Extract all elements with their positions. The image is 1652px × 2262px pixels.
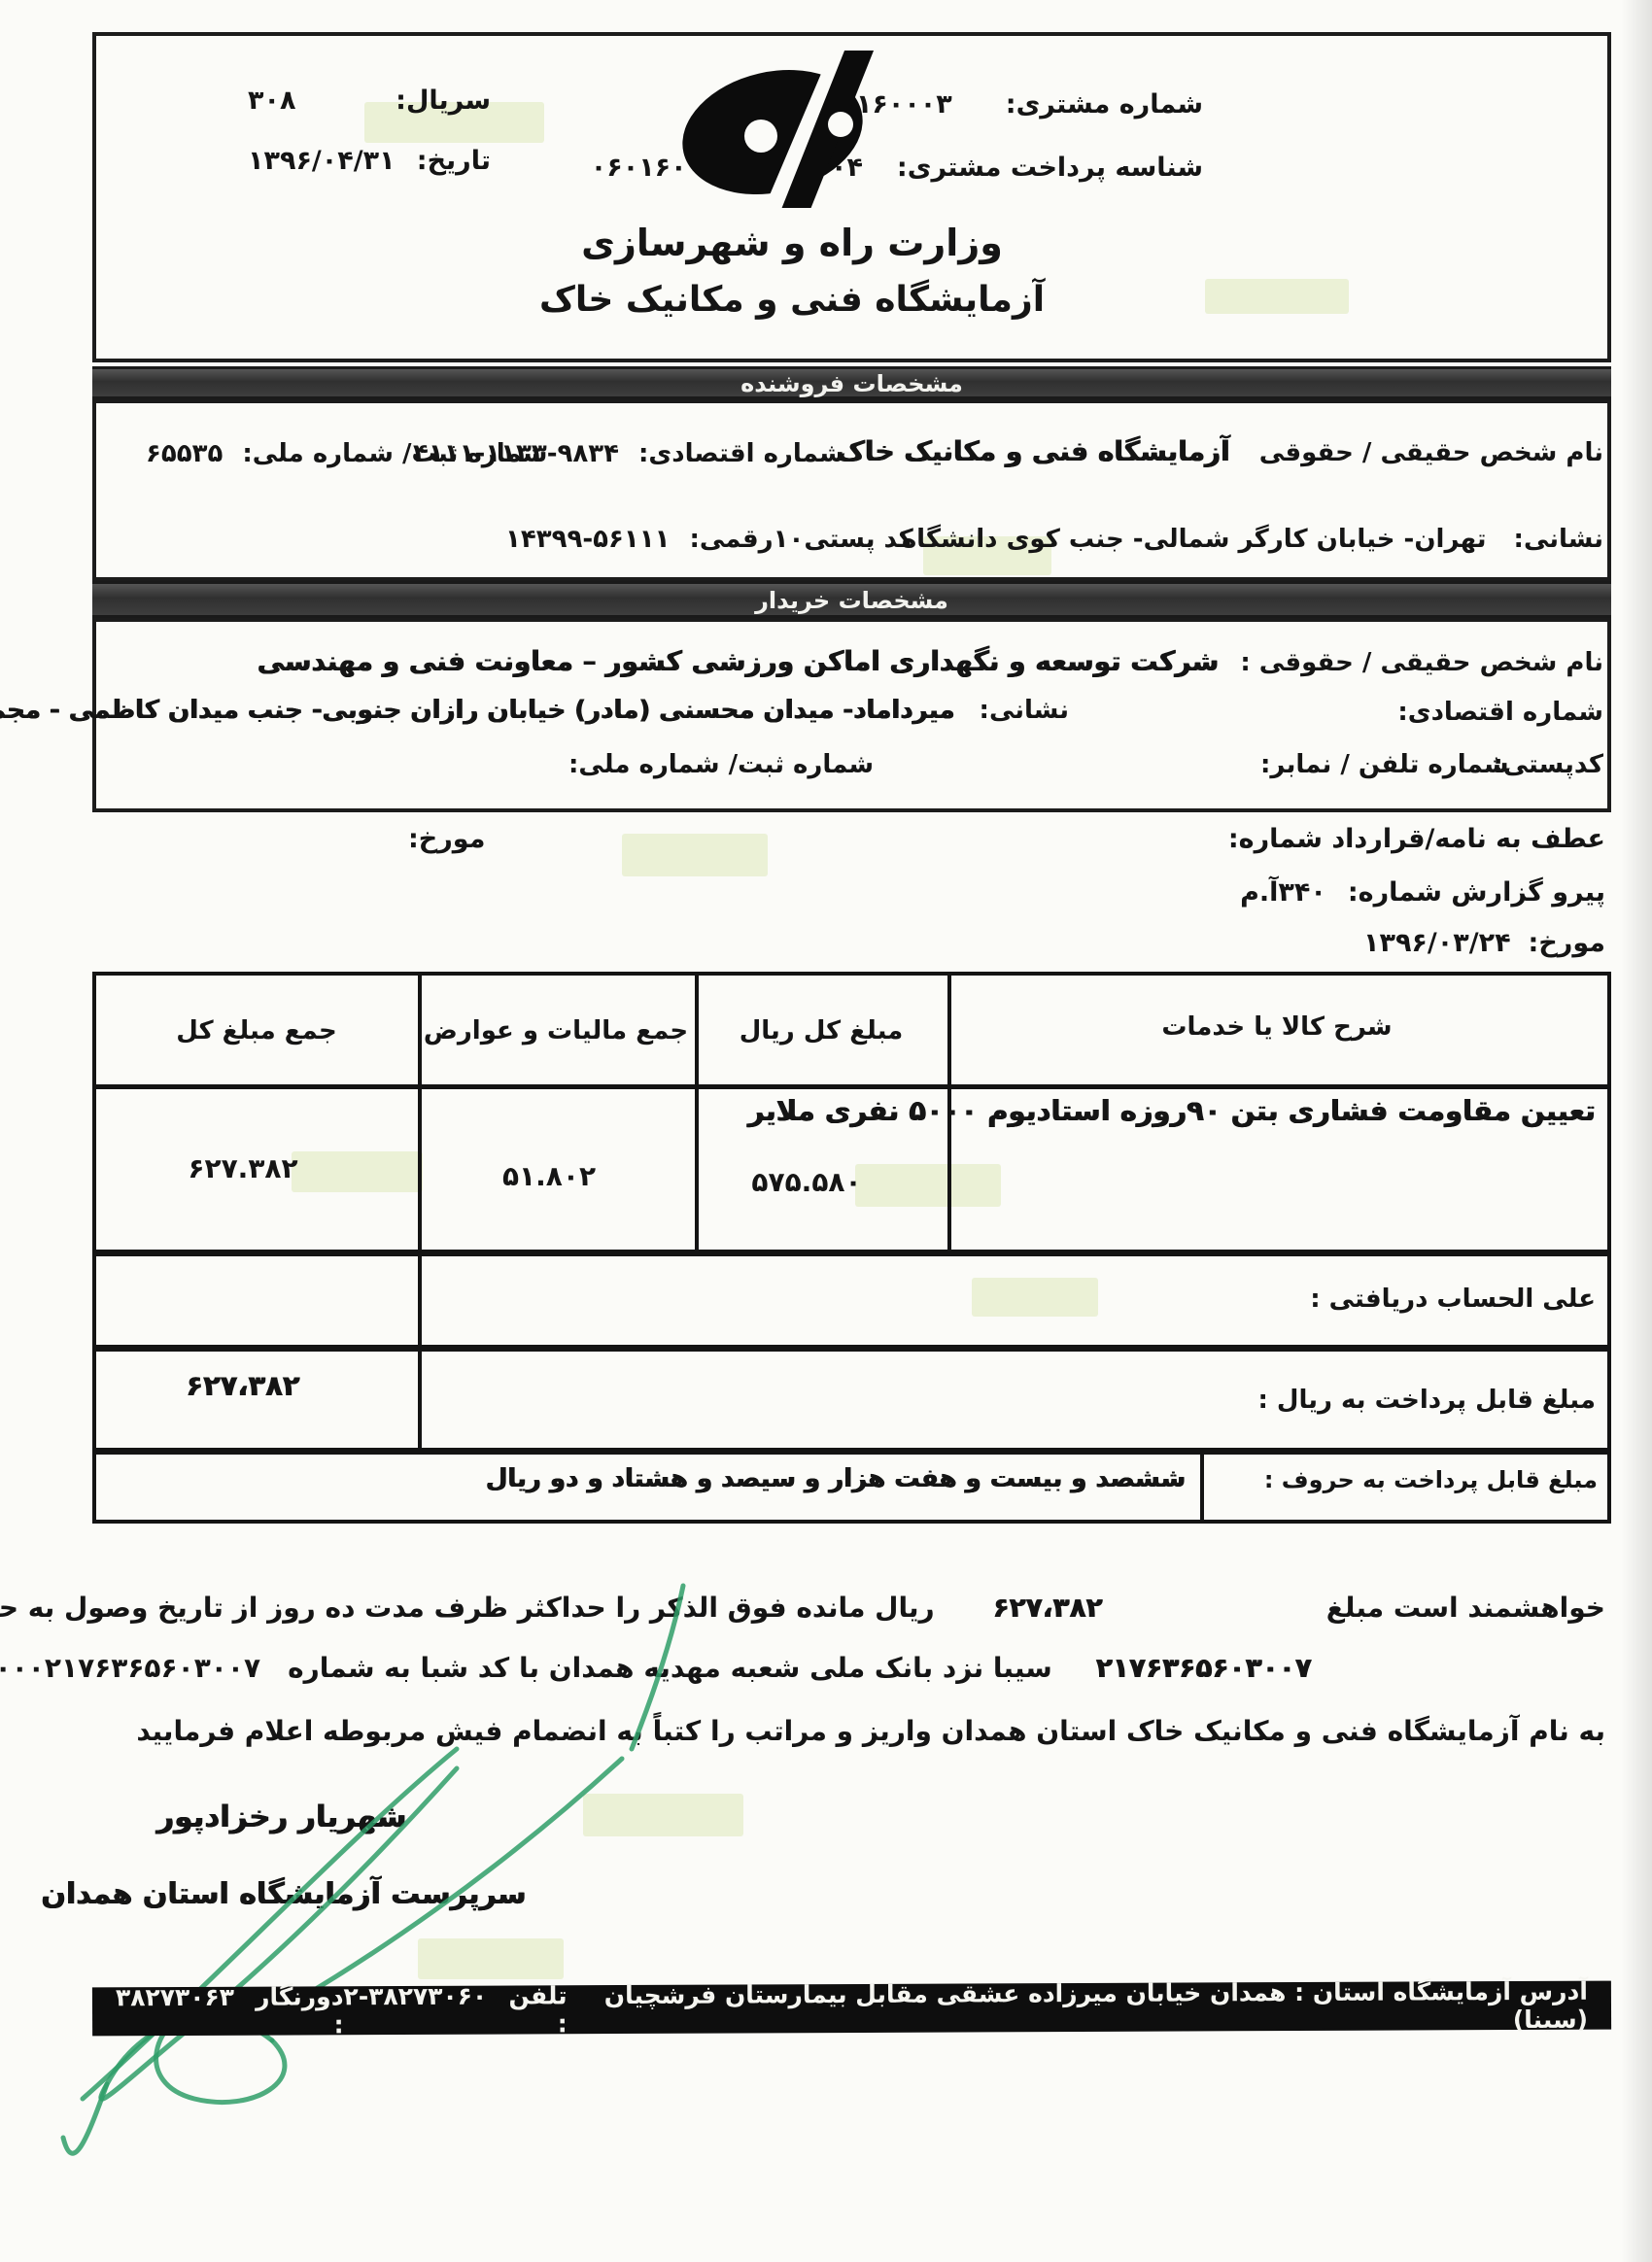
table-line — [96, 1345, 1607, 1352]
table-line — [96, 1084, 1607, 1089]
buyer-econ-label: شماره اقتصادی: — [1397, 698, 1603, 727]
seller-section-header: مشخصات فروشنده — [92, 366, 1611, 399]
footer-phone-value: ۲-۳۸۲۷۳۰۶۰ — [343, 1982, 487, 2011]
footer-phone: تلفن : ۲-۳۸۲۷۳۰۶۰ — [343, 1981, 567, 2039]
date-value: ۱۳۹۶/۰۴/۳۱ — [248, 146, 396, 176]
buyer-name-label: نام شخص حقیقی / حقوقی : — [1240, 648, 1603, 677]
seller-name-value: آزمایشگاه فنی و مکانیک خاک — [837, 435, 1230, 467]
seller-registration-label: شماره ثبت/ شماره ملی: — [242, 439, 547, 468]
seller-postal-row: کد پستی۱۰رقمی: ۱۴۳۹۹-۵۶۱۱۱ — [505, 525, 913, 554]
request-amount: ۶۲۷،۳۸۲ — [993, 1592, 1103, 1624]
col-header-tax: جمع مالیات و عوارض — [424, 1016, 688, 1045]
seller-address-row: نشانی: تهران- خیابان کارگر شمالی- جنب کو… — [902, 525, 1603, 554]
col-header-grand-total: جمع مبلغ کل — [176, 1016, 336, 1045]
seller-name-label: نام شخص حقیقی / حقوقی — [1259, 438, 1603, 467]
buyer-address-label: نشانی: — [980, 696, 1069, 725]
ministry-title: وزارت راه و شهرسازی — [581, 222, 1003, 264]
reference-report-date-label: مورخ: — [1529, 928, 1605, 958]
reference-report-row: پیرو گزارش شماره: ۳۴۰آ.م — [1240, 877, 1605, 908]
lab-title: آزمایشگاه فنی و مکانیک خاک — [539, 280, 1045, 320]
row-description: تعیین مقاومت فشاری بتن ۹۰روزه استادیوم ۵… — [748, 1094, 1596, 1127]
table-line — [418, 976, 422, 1448]
reference-report-value: ۳۴۰آ.م — [1240, 877, 1326, 908]
serial-row: سریال: ۳۰۸ — [248, 86, 491, 116]
buyer-name-value: شرکت توسعه و نگهداری اماکن ورزشی کشور – … — [258, 645, 1220, 677]
customer-number-label: شماره مشتری: — [1006, 89, 1203, 120]
reference-letter-row: عطف به نامه/قرارداد شماره: مورخ: — [408, 824, 1605, 854]
advance-received-label: علی الحساب دریافتی : — [1310, 1285, 1596, 1314]
footer-fax: دورنگار : ۳۸۲۷۳۰۶۳ — [116, 1982, 344, 2039]
buyer-address-row: نشانی: میرداماد- میدان محسنی (مادر) خیاب… — [0, 696, 1069, 725]
table-line — [96, 1448, 1607, 1455]
seller-address-value: تهران- خیابان کارگر شمالی- جنب کوی دانشگ… — [902, 525, 1487, 554]
footer-phone-label: تلفن : — [500, 1981, 568, 2038]
invoice-table: شرح کالا یا خدمات مبلغ کل ریال جمع مالیا… — [92, 972, 1611, 1524]
buyer-postal-label: کدپستی: — [1493, 750, 1603, 779]
table-line — [1200, 1448, 1204, 1520]
seller-registration-value: ۶۵۵۳۵ — [146, 439, 223, 468]
serial-label: سریال: — [396, 86, 491, 116]
buyer-registration-label: شماره ثبت/ شماره ملی: — [568, 750, 874, 779]
seller-address-label: نشانی: — [1514, 525, 1603, 554]
payable-words-label: مبلغ قابل پرداخت به حروف : — [1264, 1466, 1598, 1493]
request-line1-prefix: خواهشمند است مبلغ — [1326, 1592, 1605, 1624]
col-header-description: شرح کالا یا خدمات — [1161, 1012, 1392, 1042]
seller-name-row: نام شخص حقیقی / حقوقی آزمایشگاه فنی و مک… — [837, 435, 1603, 467]
serial-value: ۳۰۸ — [248, 86, 295, 116]
footer-fax-value: ۳۸۲۷۳۰۶۳ — [116, 1983, 234, 2012]
payable-rial-value: ۶۲۷،۳۸۲ — [186, 1369, 299, 1402]
footer-bar: آدرس آزمایشگاه استان : همدان خیابان میرز… — [92, 1981, 1611, 2037]
date-label: تاریخ: — [417, 146, 491, 176]
buyer-address-value: میرداماد- میدان محسنی (مادر) خیابان رازا… — [0, 696, 955, 725]
footer-address: آدرس آزمایشگاه استان : همدان خیابان میرز… — [568, 1977, 1589, 2039]
reference-report-label: پیرو گزارش شماره: — [1348, 877, 1605, 908]
payment-id-label: شناسه پرداخت مشتری: — [897, 153, 1203, 183]
row-grand-total: ۶۲۷.۳۸۲ — [188, 1152, 297, 1184]
payable-rial-label: مبلغ قابل پرداخت به ریال : — [1257, 1386, 1596, 1415]
buyer-phone-label: شماره تلفن / نمابر: — [1260, 750, 1509, 779]
seller-registration-row: شماره ثبت/ شماره ملی: ۶۵۵۳۵ — [146, 439, 547, 468]
ministry-lab-logo — [675, 51, 891, 208]
reference-report-date-value: ۱۳۹۶/۰۳/۲۴ — [1363, 928, 1511, 958]
date-row: تاریخ: ۱۳۹۶/۰۴/۳۱ — [248, 146, 491, 176]
seller-postal-value: ۱۴۳۹۹-۵۶۱۱۱ — [505, 525, 670, 554]
row-tax: ۵۱.۸۰۲ — [502, 1160, 596, 1192]
reference-letter-date-label: مورخ: — [408, 824, 485, 854]
bank-account-number: ۲۱۷۶۳۶۵۶۰۳۰۰۷ — [1096, 1652, 1312, 1684]
reference-report-date-row: مورخ: ۱۳۹۶/۰۳/۲۴ — [1363, 928, 1605, 958]
seller-econ-label: شماره اقتصادی: — [638, 439, 844, 468]
signature-scribble — [0, 1516, 758, 2262]
buyer-name-row: نام شخص حقیقی / حقوقی : شرکت توسعه و نگه… — [258, 645, 1603, 677]
row-total-rial: ۵۷۵.۵۸۰ — [751, 1166, 861, 1198]
footer-fax-label: دورنگار : — [248, 1982, 344, 2039]
scanned-invoice-page: شماره مشتری: ۰۶۰۱۶۰۰۰۳ شناسه پرداخت مشتر… — [0, 0, 1652, 2262]
table-line — [695, 976, 699, 1250]
col-header-total-rial: مبلغ کل ریال — [740, 1016, 904, 1045]
buyer-section-header: مشخصات خریدار — [92, 581, 1611, 618]
table-line — [96, 1250, 1607, 1256]
payable-words-value: ششصد و بیست و هفت هزار و سیصد و هشتاد و … — [486, 1464, 1186, 1493]
seller-postal-label: کد پستی۱۰رقمی: — [689, 525, 912, 554]
reference-letter-label: عطف به نامه/قرارداد شماره: — [1228, 824, 1605, 854]
